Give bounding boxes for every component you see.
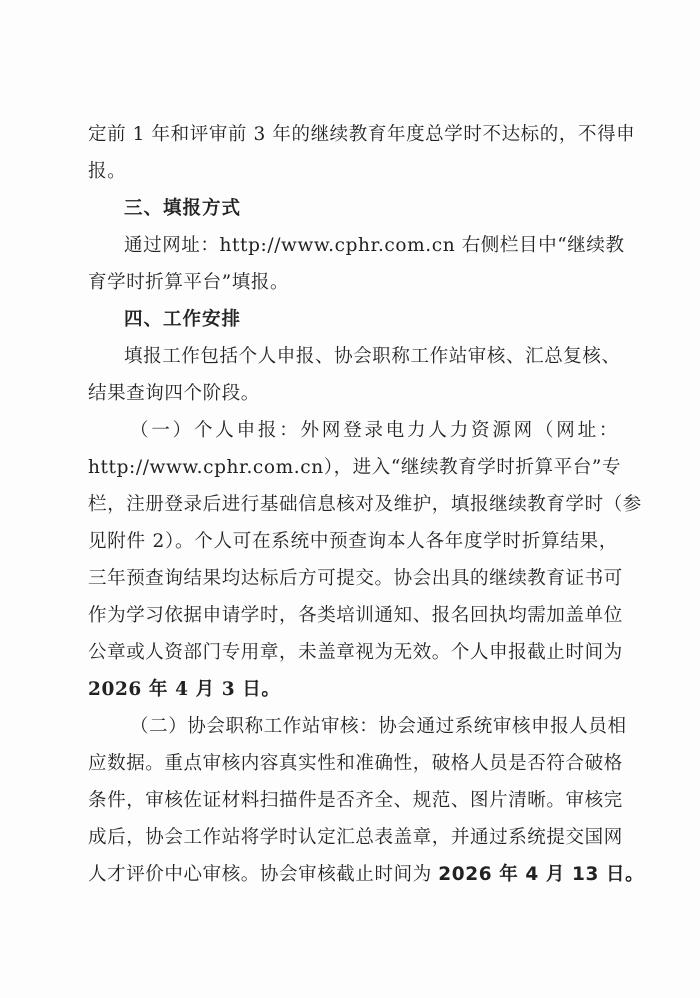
subsection-line-2: （二）协会职称工作站审核：协会通过系统审核申报人员相 [130,714,618,740]
paragraph-line: 栏，注册登录后进行基础信息核对及维护，填报继续教育学时（参 [88,492,618,518]
deadline-2: 2026 年 4 月 13 日。 [438,864,644,885]
section-heading-3: 三、填报方式 [124,196,241,222]
paragraph-line: 定前 1 年和评审前 3 年的继续教育年度总学时不达标的，不得申 [88,122,618,148]
subsection-line-1: （一）个人申报：外网登录电力人力资源网（网址： [130,418,618,444]
paragraph-line: 条件，审核佐证材料扫描件是否齐全、规范、图片清晰。审核完 [88,788,618,814]
paragraph-line: 育学时折算平台”填报。 [88,270,618,296]
paragraph-line: 见附件 2）。个人可在系统中预查询本人各年度学时折算结果， [88,529,618,555]
paragraph-line: http://www.cphr.com.cn），进入“继续教育学时折算平台”专 [88,455,618,481]
paragraph-line: 成后，协会工作站将学时认定汇总表盖章，并通过系统提交国网 [88,825,618,851]
paragraph-text: 人才评价中心审核。协会审核截止时间为 [88,864,438,885]
document-page: 定前 1 年和评审前 3 年的继续教育年度总学时不达标的，不得申 报。 三、填报… [0,0,700,998]
deadline-1: 2026 年 4 月 3 日。 [88,677,618,703]
paragraph-line: 通过网址：http://www.cphr.com.cn 右侧栏目中“继续教 [124,233,618,259]
paragraph-line: 填报工作包括个人申报、协会职称工作站审核、汇总复核、 [124,344,618,370]
paragraph-line: 人才评价中心审核。协会审核截止时间为 2026 年 4 月 13 日。 [88,862,618,888]
paragraph-line: 报。 [88,159,618,185]
paragraph-line: 公章或人资部门专用章，未盖章视为无效。个人申报截止时间为 [88,640,618,666]
paragraph-line: 三年预查询结果均达标后方可提交。协会出具的继续教育证书可 [88,566,618,592]
paragraph-line: 应数据。重点审核内容真实性和准确性，破格人员是否符合破格 [88,751,618,777]
paragraph-line: 结果查询四个阶段。 [88,381,618,407]
paragraph-line: 作为学习依据申请学时，各类培训通知、报名回执均需加盖单位 [88,603,618,629]
section-heading-4: 四、工作安排 [124,307,241,333]
